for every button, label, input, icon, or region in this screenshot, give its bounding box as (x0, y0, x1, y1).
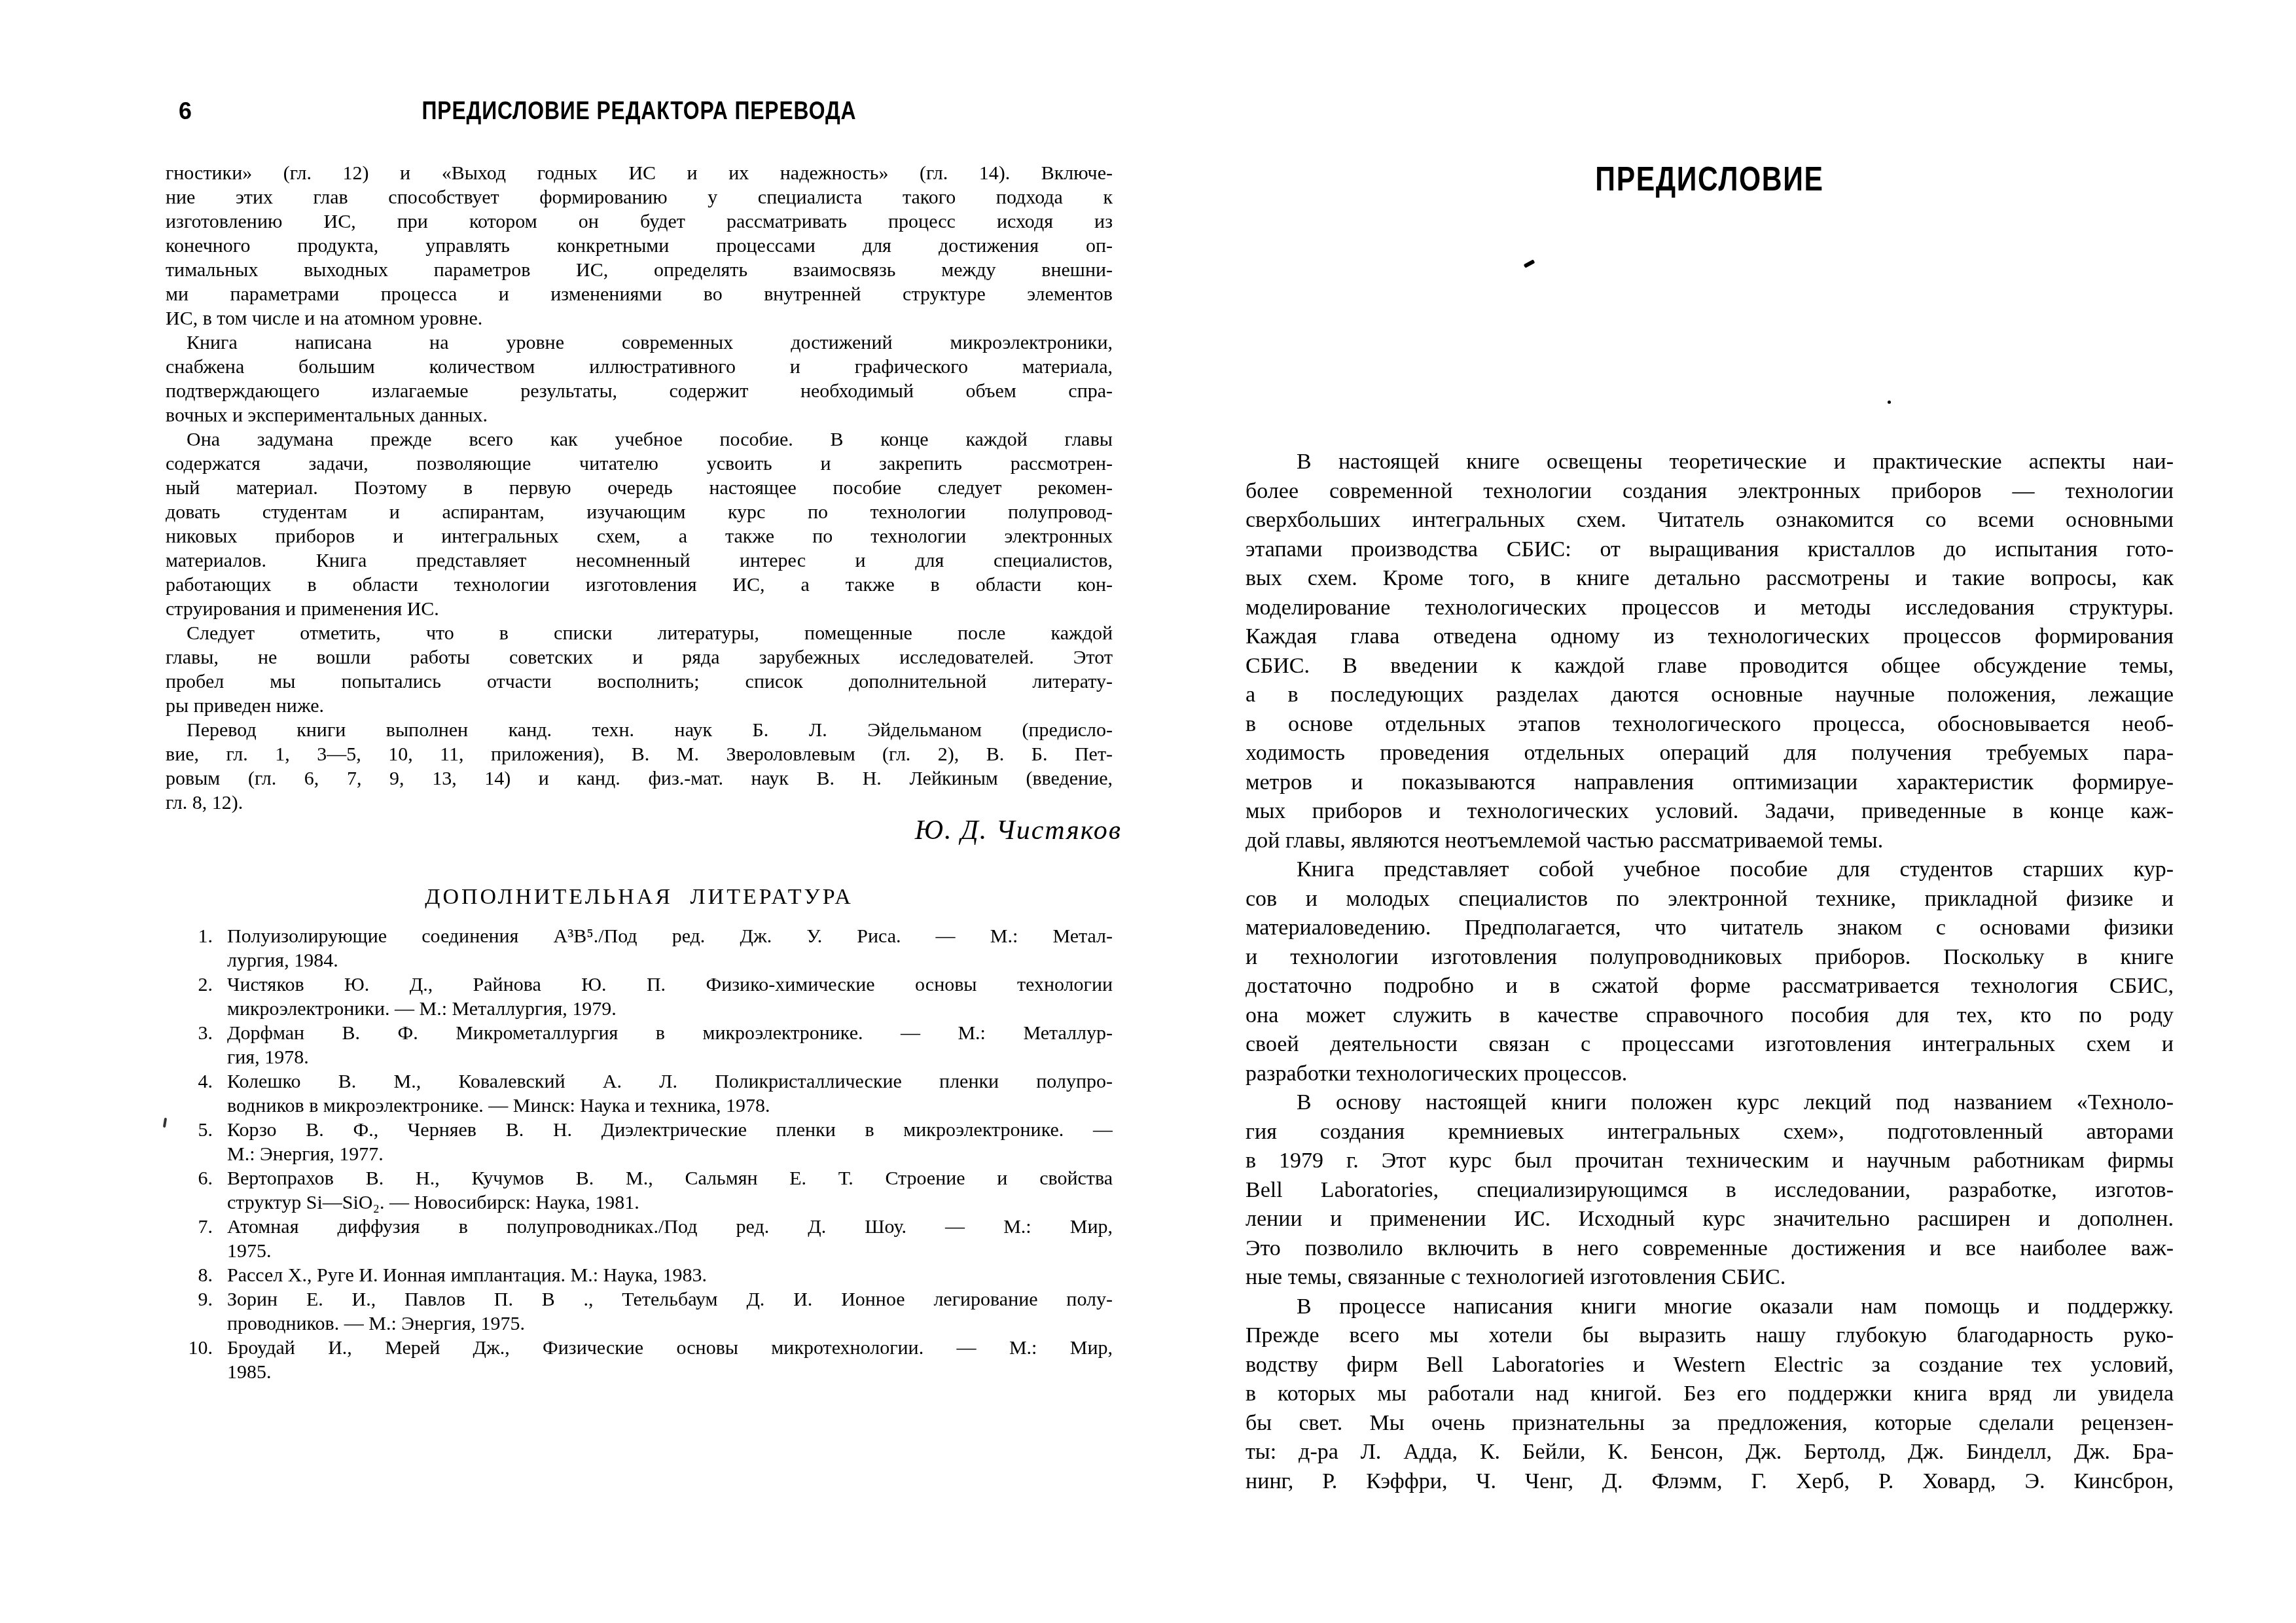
preface-title: ПРЕДИСЛОВИЕ (1329, 162, 2090, 196)
text-line: никовых приборов и интегральных схем, а … (166, 524, 1113, 548)
text-line: Рассел Х., Руге И. Ионная имплантация. М… (227, 1263, 1113, 1287)
text-line: нинг, Р. Кэффри, Ч. Ченг, Д. Флэмм, Г. Х… (1246, 1467, 2174, 1497)
reference-item: 8.Рассел Х., Руге И. Ионная имплантация.… (166, 1263, 1113, 1287)
text-line: достаточно подробно и в сжатой форме рас… (1246, 972, 2174, 1001)
left-page: 6 ПРЕДИСЛОВИЕ РЕДАКТОРА ПЕРЕВОДА гностик… (166, 0, 1113, 1623)
text-line: водству фирм Bell Laboratories и Western… (1246, 1351, 2174, 1380)
text-line: Каждая глава отведена одному из технолог… (1246, 622, 2174, 652)
text-line: сверхбольших интегральных схем. Читатель… (1246, 506, 2174, 535)
text-line: сов и молодых специалистов по электронно… (1246, 885, 2174, 914)
text-line: вочных и экспериментальных данных. (166, 403, 1113, 427)
text-line: Атомная диффузия в полупроводниках./Под … (227, 1215, 1113, 1239)
text-line: Перевод книги выполнен канд. техн. наук … (166, 718, 1113, 742)
text-line: СБИС. В введении к каждой главе проводит… (1246, 652, 2174, 681)
book-spread: 6 ПРЕДИСЛОВИЕ РЕДАКТОРА ПЕРЕВОДА гностик… (0, 0, 2296, 1623)
reference-item: 2.Чистяков Ю. Д., Райнова Ю. П. Физико-х… (166, 972, 1113, 1021)
paragraph: Перевод книги выполнен канд. техн. наук … (166, 718, 1113, 815)
reference-item: 6.Вертопрахов В. Н., Кучумов В. М., Саль… (166, 1166, 1113, 1215)
text-line: микроэлектроники. — М.: Металлургия, 197… (227, 997, 1113, 1021)
preface-body: В настоящей книге освещены теоретические… (1246, 448, 2174, 1496)
reference-number: 8. (166, 1263, 213, 1287)
text-line: пробел мы попытались отчасти восполнить;… (166, 669, 1113, 694)
reference-item: 3.Дорфман В. Ф. Микрометаллургия в микро… (166, 1021, 1113, 1069)
text-line: довать студентам и аспирантам, изучающим… (166, 500, 1113, 524)
text-line: работающих в области технологии изготовл… (166, 573, 1113, 597)
reference-item: 4.Колешко В. М., Ковалевский А. Л. Полик… (166, 1069, 1113, 1118)
bibliography-title: ДОПОЛНИТЕЛЬНАЯ ЛИТЕРАТУРА (166, 885, 1113, 910)
text-line: материаловедению. Предполагается, что чи… (1246, 914, 2174, 943)
text-line: более современной технологии создания эл… (1246, 477, 2174, 507)
text-line: проводников. — М.: Энергия, 1975. (227, 1311, 1113, 1336)
text-line: материалов. Книга представляет несомненн… (166, 548, 1113, 573)
text-line: тимальных выходных параметров ИС, опреде… (166, 258, 1113, 282)
left-page-header: 6 ПРЕДИСЛОВИЕ РЕДАКТОРА ПЕРЕВОДА (166, 98, 1113, 127)
text-line: В настоящей книге освещены теоретические… (1246, 448, 2174, 477)
text-line: гия создания кремниевых интегральных схе… (1246, 1118, 2174, 1147)
text-line: разработки технологических процессов. (1246, 1060, 2174, 1089)
reference-number: 6. (166, 1166, 213, 1190)
text-line: подтверждающего излагаемые результаты, с… (166, 379, 1113, 403)
reference-number: 3. (166, 1021, 213, 1045)
text-line: Полуизолирующие соединения А³В⁵./Под ред… (227, 924, 1113, 948)
text-line: своей деятельности связан с процессами и… (1246, 1030, 2174, 1060)
reference-number: 9. (166, 1287, 213, 1311)
text-line: вие, гл. 1, 3—5, 10, 11, приложения), В.… (166, 742, 1113, 766)
text-line: Книга написана на уровне современных дос… (166, 330, 1113, 355)
text-line: ры приведен ниже. (166, 694, 1113, 718)
bibliography-list: 1.Полуизолирующие соединения А³В⁵./Под р… (166, 924, 1113, 1384)
paragraph: В настоящей книге освещены теоретические… (1246, 448, 2174, 855)
translator-signature: Ю. Д. Чистяков (166, 815, 1122, 846)
text-line: 1985. (227, 1360, 1113, 1384)
text-line: в 1979 г. Этот курс был прочитан техниче… (1246, 1147, 2174, 1176)
text-line: метров и показываются направления оптими… (1246, 768, 2174, 798)
text-line: гностики» (гл. 12) и «Выход годных ИС и … (166, 161, 1113, 185)
paragraph: В процессе написания книги многие оказал… (1246, 1293, 2174, 1497)
text-line: Следует отметить, что в списки литератур… (166, 621, 1113, 645)
text-line: в основе отдельных этапов технологическо… (1246, 710, 2174, 740)
text-line: ние этих глав способствует формированию … (166, 185, 1113, 209)
text-line: конечного продукта, управлять конкретным… (166, 234, 1113, 258)
text-line: бы свет. Мы очень признательны за предло… (1246, 1409, 2174, 1438)
text-line: а в последующих разделах даются основные… (1246, 681, 2174, 710)
reference-number: 10. (166, 1336, 213, 1360)
text-line: ми параметрами процесса и изменениями во… (166, 282, 1113, 306)
text-line: Чистяков Ю. Д., Райнова Ю. П. Физико-хим… (227, 972, 1113, 997)
text-line: 1975. (227, 1239, 1113, 1263)
text-line: Она задумана прежде всего как учебное по… (166, 427, 1113, 452)
reference-item: 7.Атомная диффузия в полупроводниках./По… (166, 1215, 1113, 1263)
text-line: ты: д-ра Л. Адда, К. Бейли, К. Бенсон, Д… (1246, 1438, 2174, 1467)
ink-speck (1888, 401, 1891, 404)
text-line: гл. 8, 12). (166, 791, 1113, 815)
text-line: Колешко В. М., Ковалевский А. Л. Поликри… (227, 1069, 1113, 1094)
text-line: Дорфман В. Ф. Микрометаллургия в микроэл… (227, 1021, 1113, 1045)
right-page: ПРЕДИСЛОВИЕ В настоящей книге освещены т… (1246, 0, 2174, 1623)
text-line: лургия, 1984. (227, 948, 1113, 972)
reference-item: 5.Корзо В. Ф., Черняев В. Н. Диэлектриче… (166, 1118, 1113, 1166)
text-line: ровым (гл. 6, 7, 9, 13, 14) и канд. физ.… (166, 766, 1113, 791)
text-line: Книга представляет собой учебное пособие… (1246, 855, 2174, 885)
text-line: моделирование технологических процессов … (1246, 594, 2174, 623)
text-line: ходимость проведения отдельных операций … (1246, 739, 2174, 768)
text-line: гия, 1978. (227, 1045, 1113, 1069)
text-line: содержатся задачи, позволяющие читателю … (166, 452, 1113, 476)
text-line: Зорин Е. И., Павлов П. В ., Тетельбаум Д… (227, 1287, 1113, 1311)
reference-item: 9.Зорин Е. И., Павлов П. В ., Тетельбаум… (166, 1287, 1113, 1336)
paragraph: В основу настоящей книги положен курс ле… (1246, 1088, 2174, 1293)
text-line: вых схем. Кроме того, в книге детально р… (1246, 564, 2174, 594)
text-line: водников в микроэлектронике. — Минск: На… (227, 1094, 1113, 1118)
paragraph: Книга представляет собой учебное пособие… (1246, 855, 2174, 1088)
text-line: главы, не вошли работы советских и ряда … (166, 645, 1113, 669)
reference-number: 2. (166, 972, 213, 997)
text-line: Броудай И., Мерей Дж., Физические основы… (227, 1336, 1113, 1360)
text-line: она может служить в качестве справочного… (1246, 1001, 2174, 1031)
text-line: ИС, в том числе и на атомном уровне. (166, 306, 1113, 330)
text-line: ный материал. Поэтому в первую очередь н… (166, 476, 1113, 500)
text-line: этапами производства СБИС: от выращивани… (1246, 535, 2174, 565)
reference-item: 10.Броудай И., Мерей Дж., Физические осн… (166, 1336, 1113, 1384)
text-line: в которых мы работали над книгой. Без ег… (1246, 1380, 2174, 1409)
text-line: М.: Энергия, 1977. (227, 1142, 1113, 1166)
text-line: Корзо В. Ф., Черняев В. Н. Диэлектрическ… (227, 1118, 1113, 1142)
paragraph: Книга написана на уровне современных дос… (166, 330, 1113, 427)
text-line: изготовлению ИС, при котором он будет ра… (166, 209, 1113, 234)
text-line: Прежде всего мы хотели бы выразить нашу … (1246, 1321, 2174, 1351)
reference-number: 4. (166, 1069, 213, 1094)
running-title: ПРЕДИСЛОВИЕ РЕДАКТОРА ПЕРЕВОДА (242, 98, 1037, 124)
text-line: струирования и применения ИС. (166, 597, 1113, 621)
text-line: снабжена большим количеством иллюстратив… (166, 355, 1113, 379)
paragraph: Она задумана прежде всего как учебное по… (166, 427, 1113, 621)
reference-item: 1.Полуизолирующие соединения А³В⁵./Под р… (166, 924, 1113, 972)
text-line: дой главы, являются неотъемлемой частью … (1246, 827, 2174, 856)
reference-number: 5. (166, 1118, 213, 1142)
text-line: Вертопрахов В. Н., Кучумов В. М., Сальмя… (227, 1166, 1113, 1190)
text-line: структур Si—SiO₂. — Новосибирск: Наука, … (227, 1190, 1113, 1215)
text-line: и технологии изготовления полупроводнико… (1246, 943, 2174, 972)
text-line: мых приборов и технологических условий. … (1246, 797, 2174, 827)
editor-preface-body: гностики» (гл. 12) и «Выход годных ИС и … (166, 161, 1113, 815)
reference-number: 7. (166, 1215, 213, 1239)
text-line: Это позволило включить в него современны… (1246, 1234, 2174, 1264)
text-line: В основу настоящей книги положен курс ле… (1246, 1088, 2174, 1118)
text-line: В процессе написания книги многие оказал… (1246, 1293, 2174, 1322)
text-line: ные темы, связанные с технологией изгото… (1246, 1263, 2174, 1293)
text-line: Bell Laboratories, специализирующимся в … (1246, 1176, 2174, 1205)
paragraph: Следует отметить, что в списки литератур… (166, 621, 1113, 718)
paragraph: гностики» (гл. 12) и «Выход годных ИС и … (166, 161, 1113, 330)
reference-number: 1. (166, 924, 213, 948)
page-number: 6 (179, 99, 192, 123)
text-line: лении и применении ИС. Исходный курс зна… (1246, 1205, 2174, 1234)
